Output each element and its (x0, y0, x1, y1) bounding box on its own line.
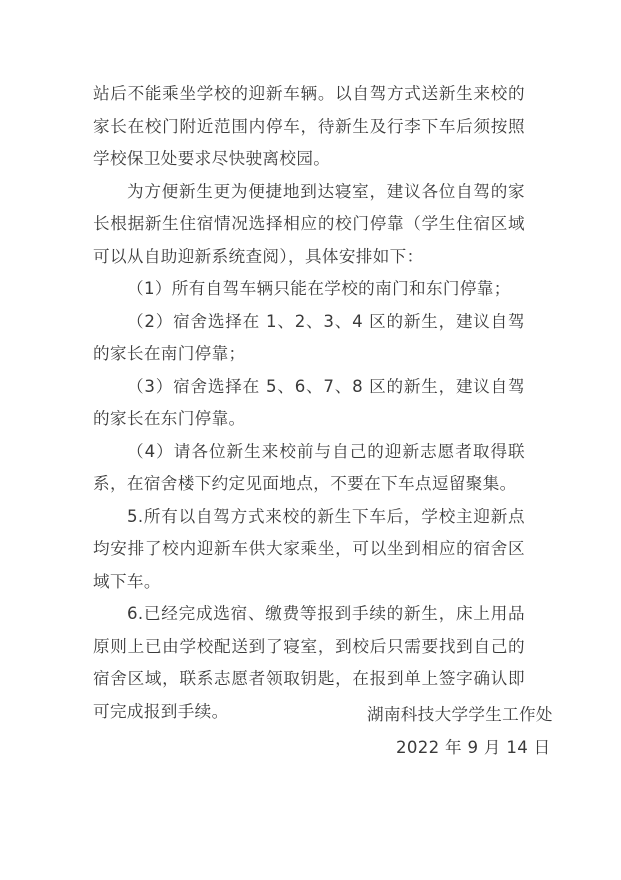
list-item-4: （4）请各位新生来校前与自己的迎新志愿者取得联系，在宿舍楼下约定见面地点，不要在… (93, 436, 525, 501)
paragraph-item-5: 5.所有以自驾方式来校的新生下车后，学校主迎新点均安排了校内迎新车供大家乘坐，可… (93, 501, 525, 599)
paragraph-dropoff-rules: 站后不能乘坐学校的迎新车辆。以自驾方式送新生来校的家长在校门附近范围内停车，待新… (93, 78, 525, 176)
list-item-2: （2）宿舍选择在 1、2、3、4 区的新生，建议自驾的家长在南门停靠； (93, 306, 525, 371)
signature: 湖南科技大学学生工作处 (367, 701, 553, 725)
paragraph-gate-advice: 为方便新生更为便捷地到达寝室，建议各位自驾的家长根据新生住宿情况选择相应的校门停… (93, 176, 525, 274)
document-body: 站后不能乘坐学校的迎新车辆。以自驾方式送新生来校的家长在校门附近范围内停车，待新… (93, 78, 525, 728)
list-item-3: （3）宿舍选择在 5、6、7、8 区的新生，建议自驾的家长在东门停靠。 (93, 371, 525, 436)
signature-date: 2022 年 9 月 14 日 (396, 734, 551, 758)
list-item-1: （1）所有自驾车辆只能在学校的南门和东门停靠； (93, 273, 525, 306)
